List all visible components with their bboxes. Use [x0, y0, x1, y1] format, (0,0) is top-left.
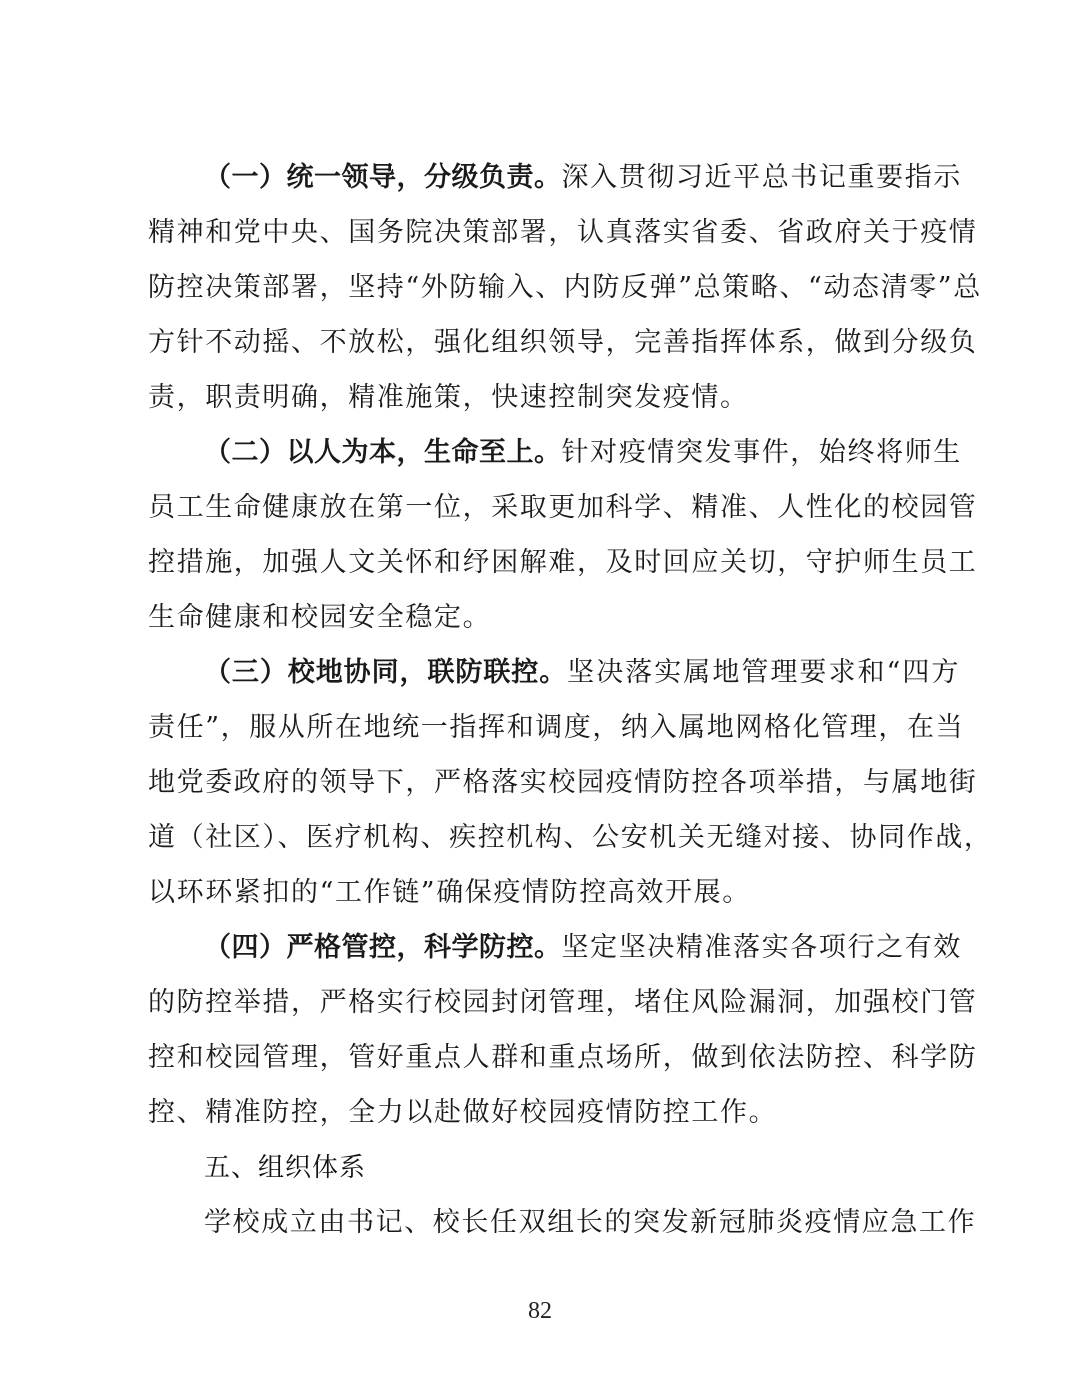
- section-3-first-line: （三）校地协同，联防联控。坚决落实属地管理要求和“四方: [204, 653, 960, 693]
- paragraph-line: 控、精准防控，全力以赴做好校园疫情防控工作。: [148, 1093, 960, 1133]
- section-1-first-line: （一）统一领导，分级负责。深入贯彻习近平总书记重要指示: [204, 158, 960, 198]
- paragraph-line: 员工生命健康放在第一位，采取更加科学、精准、人性化的校园管: [148, 488, 960, 528]
- section-1-text: 深入贯彻习近平总书记重要指示: [562, 162, 962, 193]
- section-4-text: 坚定坚决精准落实各项行之有效: [562, 932, 962, 963]
- paragraph-line: 方针不动摇、不放松，强化组织领导，完善指挥体系，做到分级负: [148, 323, 960, 363]
- page-number: 82: [0, 1298, 1080, 1325]
- paragraph-line: 以环环紧扣的“工作链”确保疫情防控高效开展。: [148, 873, 960, 913]
- section-heading: 五、组织体系: [204, 1148, 366, 1188]
- paragraph-line: 学校成立由书记、校长任双组长的突发新冠肺炎疫情应急工作: [204, 1203, 960, 1243]
- section-4-first-line: （四）严格管控，科学防控。坚定坚决精准落实各项行之有效: [204, 928, 960, 968]
- paragraph-line: 精神和党中央、国务院决策部署，认真落实省委、省政府关于疫情: [148, 213, 960, 253]
- section-4-title: （四）严格管控，科学防控。: [204, 932, 562, 963]
- section-2-text: 针对疫情突发事件，始终将师生: [562, 437, 962, 468]
- section-2-title: （二）以人为本，生命至上。: [204, 437, 562, 468]
- paragraph-line: 的防控举措，严格实行校园封闭管理，堵住风险漏洞，加强校门管: [148, 983, 960, 1023]
- document-page: （一）统一领导，分级负责。深入贯彻习近平总书记重要指示 精神和党中央、国务院决策…: [0, 0, 1080, 1397]
- paragraph-line: 责任”，服从所在地统一指挥和调度，纳入属地网格化管理，在当: [148, 708, 960, 748]
- section-3-text: 坚决落实属地管理要求和“四方: [567, 657, 960, 688]
- section-1-title: （一）统一领导，分级负责。: [204, 162, 562, 193]
- paragraph-line: 防控决策部署，坚持“外防输入、内防反弹”总策略、“动态清零”总: [148, 268, 960, 308]
- paragraph-line: 生命健康和校园安全稳定。: [148, 598, 960, 638]
- section-2-first-line: （二）以人为本，生命至上。针对疫情突发事件，始终将师生: [204, 433, 960, 473]
- paragraph-line: 道（社区）、医疗机构、疾控机构、公安机关无缝对接、协同作战，: [148, 818, 960, 858]
- paragraph-line: 地党委政府的领导下，严格落实校园疫情防控各项举措，与属地街: [148, 763, 960, 803]
- paragraph-line: 控和校园管理，管好重点人群和重点场所，做到依法防控、科学防: [148, 1038, 960, 1078]
- paragraph-line: 责，职责明确，精准施策，快速控制突发疫情。: [148, 378, 960, 418]
- paragraph-line: 控措施，加强人文关怀和纾困解难，及时回应关切，守护师生员工: [148, 543, 960, 583]
- section-3-title: （三）校地协同，联防联控。: [204, 657, 567, 688]
